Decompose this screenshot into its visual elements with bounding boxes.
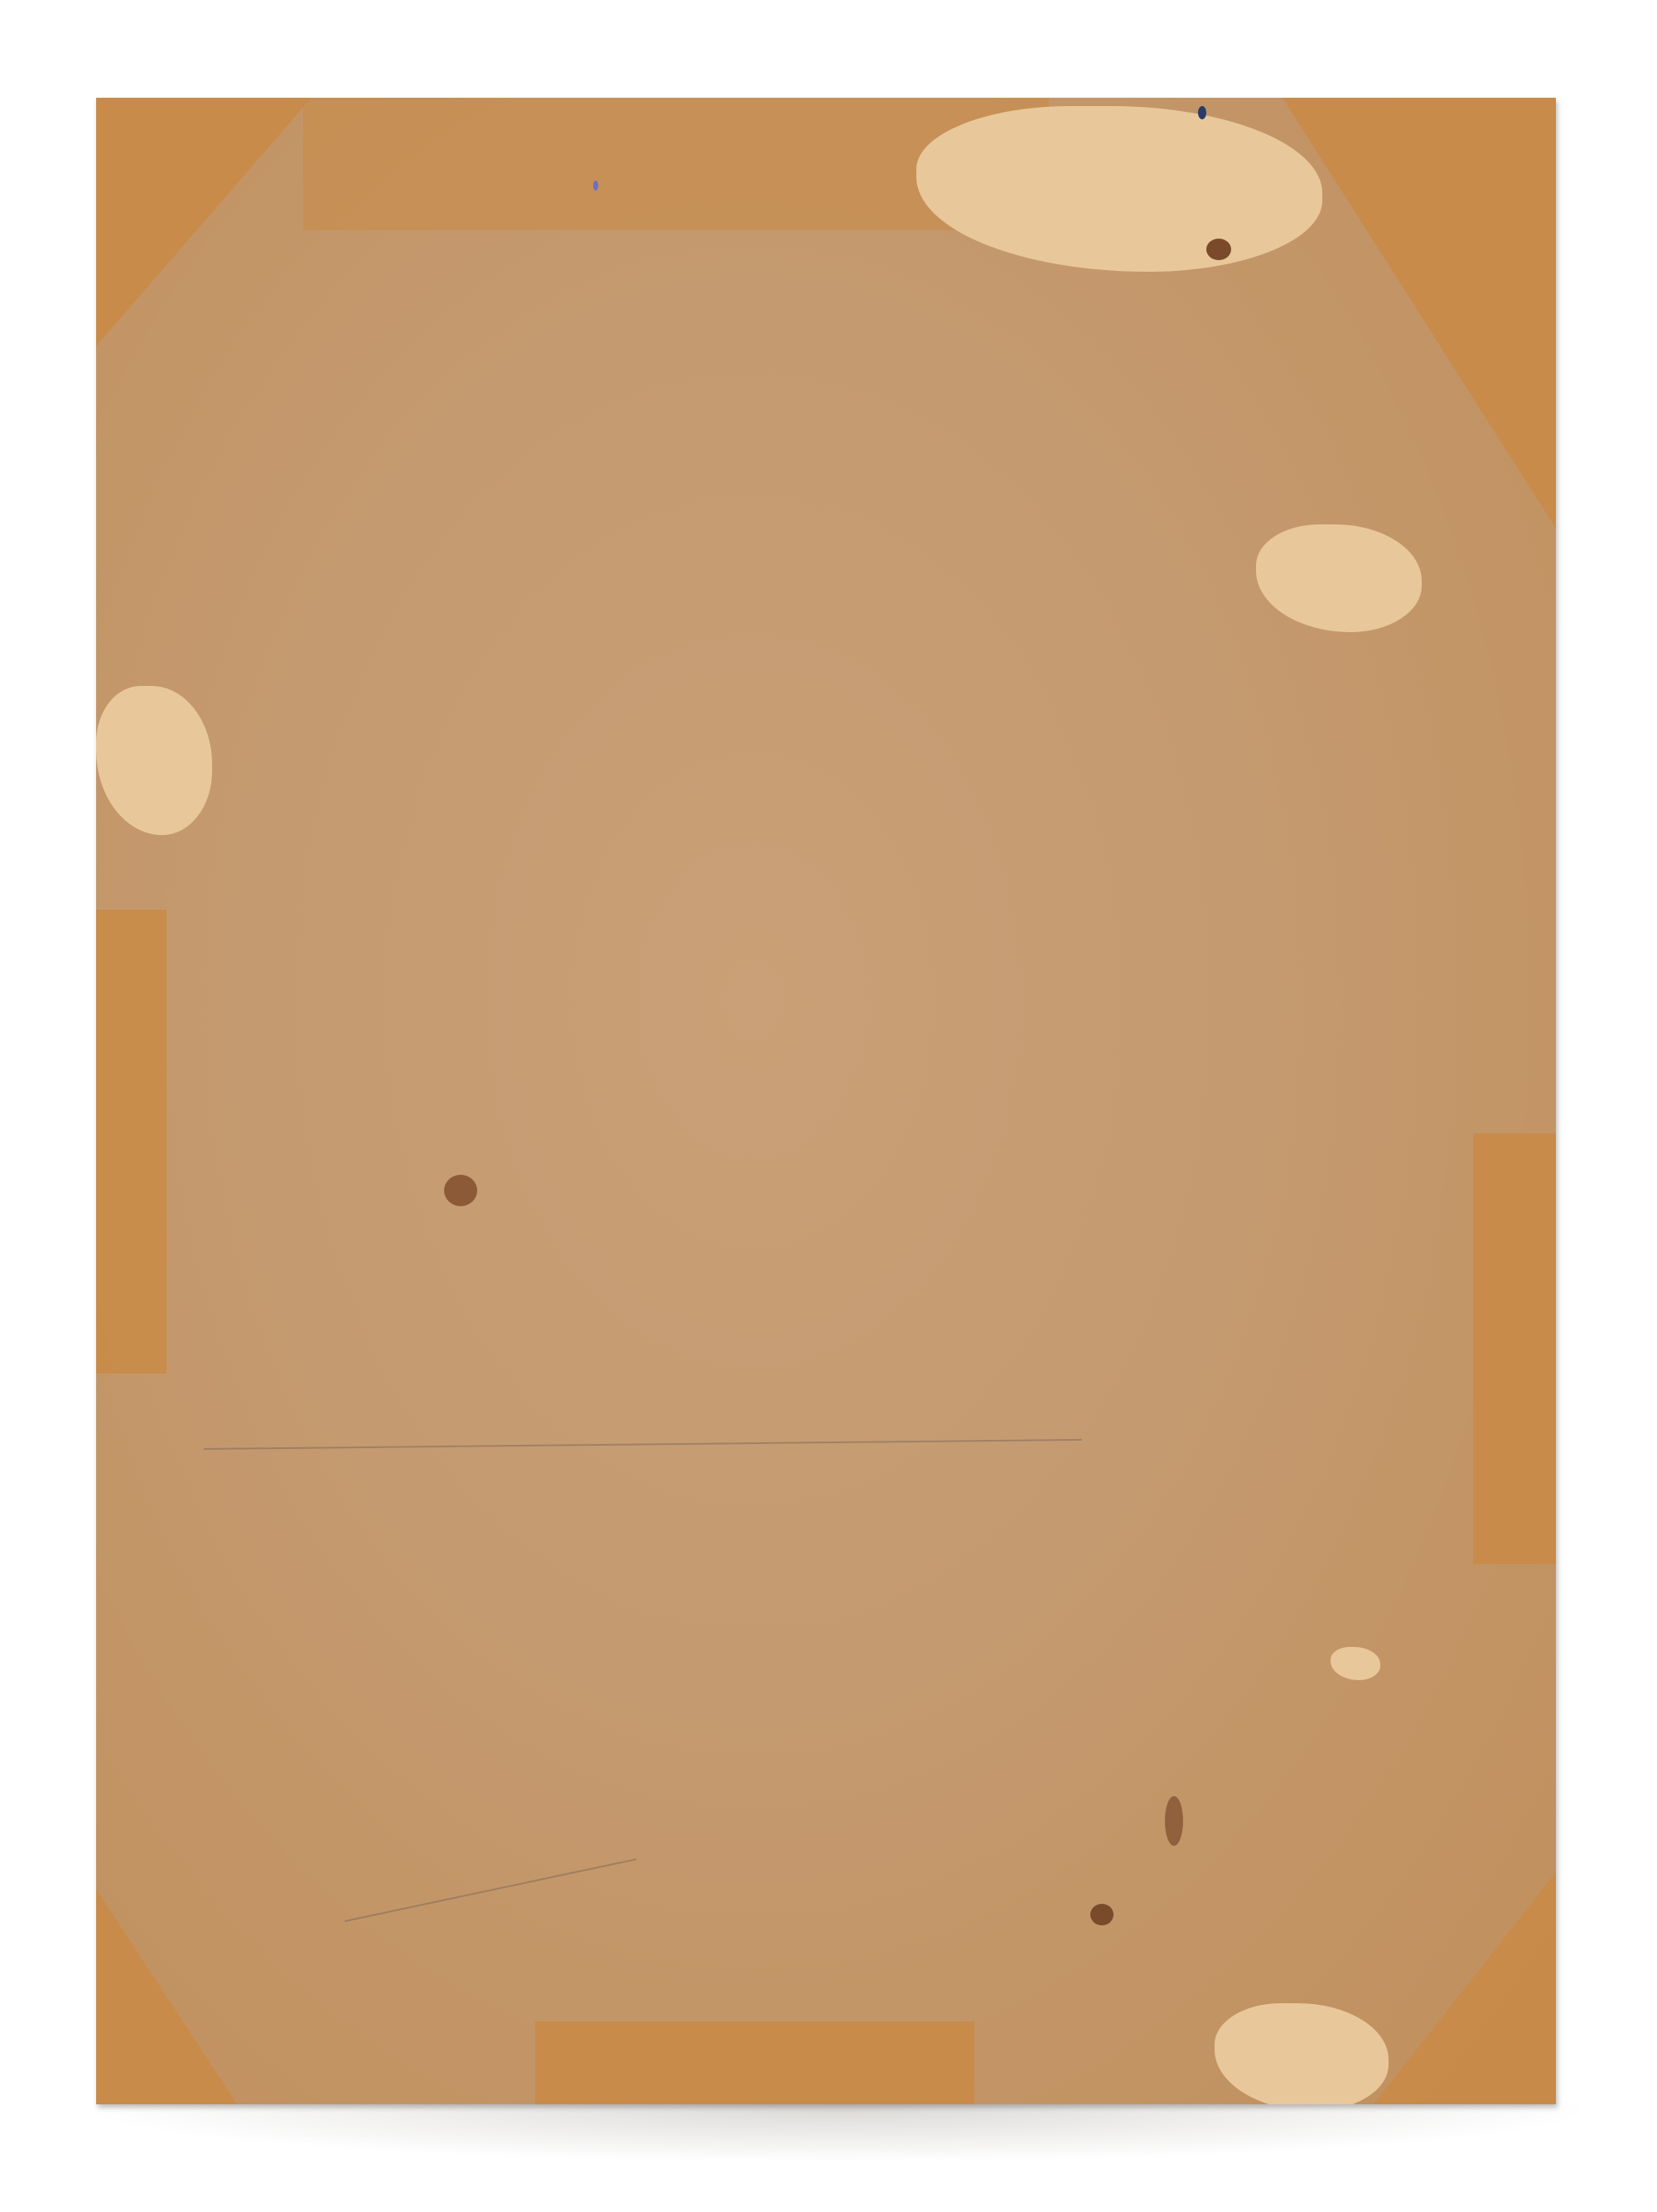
tape-residue-top-right	[1283, 98, 1556, 529]
stain-speck	[1090, 1904, 1114, 1925]
tear-patch-left	[96, 686, 212, 835]
tape-residue-bottom-right	[1374, 1872, 1556, 2104]
tape-residue-left-edge	[96, 910, 167, 1374]
paint-fleck-blue	[593, 181, 598, 191]
cardboard-panel	[96, 98, 1556, 2104]
tear-patch-small-right	[1331, 1647, 1380, 1680]
stain-speck	[1206, 239, 1231, 260]
board-shadow	[79, 2096, 1595, 2162]
tear-patch-bottom-right	[1215, 2003, 1389, 2104]
stain-speck	[444, 1175, 477, 1206]
tear-patch-right	[1256, 524, 1422, 632]
tape-residue-right-edge	[1473, 1133, 1556, 1564]
pencil-line	[204, 1439, 1082, 1450]
tear-patch-top-right	[916, 106, 1322, 272]
tape-residue-top-left	[96, 98, 312, 346]
pencil-line	[345, 1858, 637, 1922]
paint-fleck-blue	[1198, 106, 1206, 119]
tape-residue-bottom-left	[96, 1889, 237, 2104]
tape-residue-bottom-band	[535, 2021, 974, 2104]
stain-speck	[1165, 1796, 1183, 1846]
